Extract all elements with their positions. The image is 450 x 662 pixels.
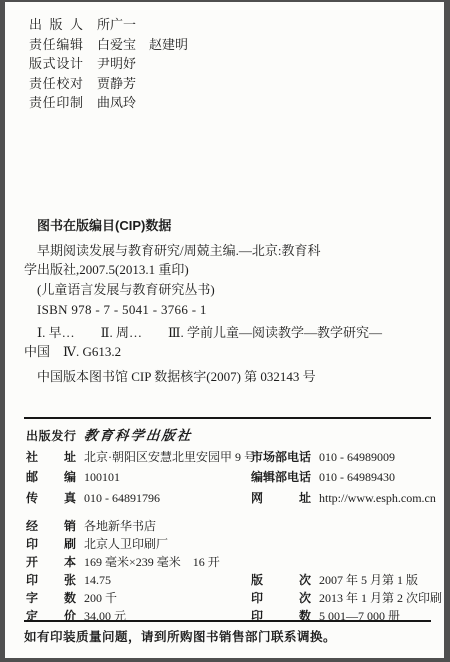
colophon-cell: 编辑部电话010 - 64989430 bbox=[251, 467, 436, 488]
colophon-value: 北京·朝阳区安慧北里安园甲 9 号 bbox=[84, 450, 256, 464]
colophon-cell: 印数5 001—7 000 册 bbox=[251, 607, 436, 625]
colophon-cell bbox=[251, 517, 436, 535]
colophon-group-print: 经销各地新华书店 印刷北京人卫印刷厂 开本169 毫米×239 毫米 16 开 … bbox=[26, 517, 436, 625]
credit-value: 白爱宝 赵建明 bbox=[97, 37, 188, 52]
colophon-cell: 经销各地新华书店 bbox=[26, 517, 251, 535]
colophon-value: 北京人卫印刷厂 bbox=[84, 537, 168, 551]
publisher-script-logo: 教育科学出版社 bbox=[83, 426, 194, 446]
cip-index-line2: 中国 Ⅳ. G613.2 bbox=[24, 343, 432, 362]
colophon-cell bbox=[251, 426, 436, 447]
colophon-cell: 字数200 千 bbox=[26, 589, 251, 607]
colophon-cell: 开本169 毫米×239 毫米 16 开 bbox=[26, 553, 251, 571]
divider-rule-top bbox=[24, 417, 431, 419]
credit-label: 责任印制 bbox=[29, 93, 83, 113]
credit-label: 责任编辑 bbox=[29, 35, 83, 55]
cip-series-line: (儿童语言发展与教育研究丛书) bbox=[24, 281, 432, 300]
cip-record-number-line: 中国版本图书馆 CIP 数据核字(2007) 第 032143 号 bbox=[24, 368, 432, 387]
colophon-cell: 印刷北京人卫印刷厂 bbox=[26, 535, 251, 553]
colophon-cell: 印次2013 年 1 月第 2 次印刷 bbox=[251, 589, 442, 607]
credit-row-layout-designer: 版式设计尹明妤 bbox=[29, 54, 188, 74]
colophon-row-printer: 印刷北京人卫印刷厂 bbox=[26, 535, 436, 553]
colophon-cell bbox=[251, 535, 436, 553]
credit-row-publisher: 出版人所广一 bbox=[29, 15, 188, 35]
colophon-label: 社址 bbox=[26, 448, 76, 468]
colophon-label: 编辑部电话 bbox=[251, 468, 311, 488]
credit-value: 所广一 bbox=[97, 17, 136, 32]
colophon-value: 2007 年 5 月第 1 版 bbox=[319, 573, 418, 587]
quality-notice: 如有印装质量问题，请到所购图书销售部门联系调换。 bbox=[24, 627, 336, 645]
colophon-value: 各地新华书店 bbox=[84, 519, 156, 533]
colophon-cell: 市场部电话010 - 64989009 bbox=[251, 447, 436, 468]
colophon-value: 010 - 64989430 bbox=[319, 470, 395, 484]
credit-value: 贾静芳 bbox=[97, 76, 136, 91]
colophon-cell bbox=[251, 553, 436, 571]
credit-value: 曲凤玲 bbox=[97, 95, 136, 110]
colophon-label: 网址 bbox=[251, 489, 311, 509]
colophon-value: http://www.esph.com.cn bbox=[319, 491, 436, 505]
credit-row-editor: 责任编辑白爱宝 赵建明 bbox=[29, 35, 188, 55]
colophon-value: 100101 bbox=[84, 470, 120, 484]
colophon-row-price: 定价34.00 元 印数5 001—7 000 册 bbox=[26, 607, 436, 625]
colophon-value: 010 - 64891796 bbox=[84, 491, 160, 505]
cip-heading: 图书在版编目(CIP)数据 bbox=[37, 215, 432, 234]
cip-title-paragraph: 早期阅读发展与教育研究/周兢主编.—北京:教育科 学出版社,2007.5(201… bbox=[24, 242, 432, 279]
colophon-row-postcode: 邮编100101 编辑部电话010 - 64989430 bbox=[26, 467, 436, 488]
colophon-cell: 社址北京·朝阳区安慧北里安园甲 9 号 bbox=[26, 447, 251, 468]
colophon-group-contact: 出版发行教育科学出版社 社址北京·朝阳区安慧北里安园甲 9 号 市场部电话010… bbox=[26, 426, 436, 508]
colophon-label: 出版发行 bbox=[26, 427, 76, 447]
colophon-cell: 版次2007 年 5 月第 1 版 bbox=[251, 571, 436, 589]
credit-label: 责任校对 bbox=[29, 74, 83, 94]
cip-index-line1: Ⅰ. 早… Ⅱ. 周… Ⅲ. 学前儿童—阅读教学—教学研究— bbox=[24, 324, 432, 343]
colophon-label: 经销 bbox=[26, 518, 76, 535]
colophon-cell: 邮编100101 bbox=[26, 467, 251, 488]
colophon-label: 印次 bbox=[251, 590, 311, 607]
colophon-label: 邮编 bbox=[26, 468, 76, 488]
colophon-cell: 网址http://www.esph.com.cn bbox=[251, 488, 436, 509]
colophon-label: 印数 bbox=[251, 608, 311, 625]
colophon-value: 200 千 bbox=[84, 591, 117, 605]
colophon-row-fax: 传真010 - 64891796 网址http://www.esph.com.c… bbox=[26, 488, 436, 509]
divider-rule-bottom bbox=[24, 620, 431, 622]
colophon-label: 字数 bbox=[26, 590, 76, 607]
cip-title-line1: 早期阅读发展与教育研究/周兢主编.—北京:教育科 bbox=[24, 242, 432, 261]
cip-block: 图书在版编目(CIP)数据 早期阅读发展与教育研究/周兢主编.—北京:教育科 学… bbox=[24, 215, 432, 387]
colophon-table: 出版发行教育科学出版社 社址北京·朝阳区安慧北里安园甲 9 号 市场部电话010… bbox=[26, 426, 436, 625]
colophon-label: 印张 bbox=[26, 572, 76, 589]
colophon-row-distributor: 经销各地新华书店 bbox=[26, 517, 436, 535]
colophon-label: 定价 bbox=[26, 608, 76, 625]
colophon-row-wordcount: 字数200 千 印次2013 年 1 月第 2 次印刷 bbox=[26, 589, 436, 607]
colophon-label: 开本 bbox=[26, 554, 76, 571]
colophon-row-publisher: 出版发行教育科学出版社 bbox=[26, 426, 436, 447]
colophon-label: 版次 bbox=[251, 572, 311, 589]
credits-block: 出版人所广一 责任编辑白爱宝 赵建明 版式设计尹明妤 责任校对贾静芳 责任印制曲… bbox=[29, 15, 188, 113]
cip-title-line2: 学出版社,2007.5(2013.1 重印) bbox=[24, 261, 432, 280]
cip-isbn-line: ISBN 978 - 7 - 5041 - 3766 - 1 bbox=[24, 301, 432, 320]
colophon-value: 169 毫米×239 毫米 16 开 bbox=[84, 555, 220, 569]
colophon-row-format: 开本169 毫米×239 毫米 16 开 bbox=[26, 553, 436, 571]
credit-label: 出版人 bbox=[29, 15, 83, 35]
colophon-cell: 出版发行教育科学出版社 bbox=[26, 426, 251, 447]
colophon-label: 市场部电话 bbox=[251, 448, 311, 468]
colophon-cell: 定价34.00 元 bbox=[26, 607, 251, 625]
colophon-cell: 传真010 - 64891796 bbox=[26, 488, 251, 509]
credit-value: 尹明妤 bbox=[97, 56, 136, 71]
colophon-row-address: 社址北京·朝阳区安慧北里安园甲 9 号 市场部电话010 - 64989009 bbox=[26, 447, 436, 468]
colophon-cell: 印张14.75 bbox=[26, 571, 251, 589]
credit-row-print-supervisor: 责任印制曲凤玲 bbox=[29, 93, 188, 113]
colophon-row-sheets: 印张14.75 版次2007 年 5 月第 1 版 bbox=[26, 571, 436, 589]
colophon-label: 印刷 bbox=[26, 536, 76, 553]
colophon-value: 010 - 64989009 bbox=[319, 450, 395, 464]
copyright-page: 出版人所广一 责任编辑白爱宝 赵建明 版式设计尹明妤 责任校对贾静芳 责任印制曲… bbox=[5, 2, 444, 658]
colophon-label: 传真 bbox=[26, 489, 76, 509]
cip-index-paragraph: Ⅰ. 早… Ⅱ. 周… Ⅲ. 学前儿童—阅读教学—教学研究— 中国 Ⅳ. G61… bbox=[24, 324, 432, 361]
credit-row-proofreader: 责任校对贾静芳 bbox=[29, 74, 188, 94]
colophon-value: 14.75 bbox=[84, 573, 111, 587]
credit-label: 版式设计 bbox=[29, 54, 83, 74]
colophon-value: 2013 年 1 月第 2 次印刷 bbox=[319, 591, 442, 605]
